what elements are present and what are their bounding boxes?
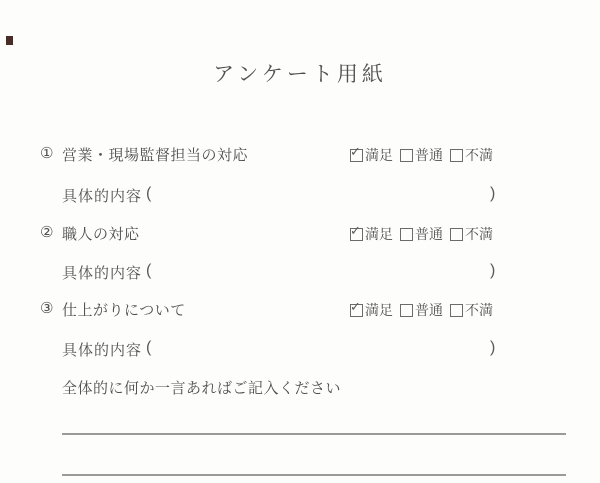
page-title: アンケート用紙 <box>0 58 600 88</box>
option-normal[interactable]: 普通 <box>400 300 443 320</box>
options-group: ✓ 満足 普通 不満 <box>350 300 493 320</box>
check-icon: ✓ <box>350 300 361 313</box>
scan-artifact-mark <box>6 36 13 45</box>
checkbox-normal[interactable] <box>400 304 413 317</box>
option-label: 不満 <box>465 224 493 244</box>
checkbox-dissatisfied[interactable] <box>450 228 463 241</box>
option-satisfied[interactable]: ✓ 満足 <box>350 224 393 244</box>
paren-close: ) <box>490 262 495 280</box>
paren-open: ( <box>146 339 151 357</box>
questionnaire-sheet: アンケート用紙 ① 営業・現場監督担当の対応 ✓ 満足 普通 不満 具体的内容 … <box>0 0 600 483</box>
detail-label: 具体的内容 <box>62 185 142 206</box>
checkbox-dissatisfied[interactable] <box>450 304 463 317</box>
check-icon: ✓ <box>350 224 361 237</box>
option-normal[interactable]: 普通 <box>400 224 443 244</box>
comment-writing-line-2[interactable] <box>62 474 566 476</box>
option-normal[interactable]: 普通 <box>400 145 443 165</box>
option-label: 不満 <box>465 145 493 165</box>
checkbox-satisfied[interactable]: ✓ <box>350 304 363 317</box>
options-group: ✓ 満足 普通 不満 <box>350 145 493 165</box>
detail-writein-area[interactable] <box>160 185 485 203</box>
comment-writing-line-1[interactable] <box>62 433 566 435</box>
question-label: 営業・現場監督担当の対応 <box>62 144 248 165</box>
question-row-1: ① 営業・現場監督担当の対応 ✓ 満足 普通 不満 <box>0 144 600 164</box>
paren-close: ) <box>490 185 495 203</box>
detail-writein-area[interactable] <box>160 339 485 357</box>
question-number: ② <box>40 223 53 241</box>
check-icon: ✓ <box>350 145 361 158</box>
option-label: 普通 <box>415 224 443 244</box>
paren-open: ( <box>146 185 151 203</box>
options-group: ✓ 満足 普通 不満 <box>350 224 493 244</box>
checkbox-satisfied[interactable]: ✓ <box>350 228 363 241</box>
option-label: 満足 <box>365 300 393 320</box>
paren-open: ( <box>146 262 151 280</box>
option-dissatisfied[interactable]: 不満 <box>450 300 493 320</box>
question-row-3: ③ 仕上がりについて ✓ 満足 普通 不満 <box>0 299 600 319</box>
option-dissatisfied[interactable]: 不満 <box>450 224 493 244</box>
option-label: 不満 <box>465 300 493 320</box>
question-label: 職人の対応 <box>62 223 140 244</box>
overall-comment-prompt: 全体的に何か一言あればご記入ください <box>62 377 341 398</box>
option-label: 満足 <box>365 145 393 165</box>
question-label: 仕上がりについて <box>62 299 186 320</box>
option-satisfied[interactable]: ✓ 満足 <box>350 300 393 320</box>
paren-close: ) <box>490 339 495 357</box>
question-number: ③ <box>40 299 53 317</box>
checkbox-dissatisfied[interactable] <box>450 149 463 162</box>
detail-label: 具体的内容 <box>62 262 142 283</box>
checkbox-normal[interactable] <box>400 228 413 241</box>
detail-writein-area[interactable] <box>160 262 485 280</box>
checkbox-normal[interactable] <box>400 149 413 162</box>
detail-row-2: 具体的内容 ( ) <box>0 262 600 282</box>
detail-row-3: 具体的内容 ( ) <box>0 339 600 359</box>
option-label: 満足 <box>365 224 393 244</box>
option-dissatisfied[interactable]: 不満 <box>450 145 493 165</box>
checkbox-satisfied[interactable]: ✓ <box>350 149 363 162</box>
option-satisfied[interactable]: ✓ 満足 <box>350 145 393 165</box>
option-label: 普通 <box>415 300 443 320</box>
question-row-2: ② 職人の対応 ✓ 満足 普通 不満 <box>0 223 600 243</box>
detail-row-1: 具体的内容 ( ) <box>0 185 600 205</box>
detail-label: 具体的内容 <box>62 339 142 360</box>
question-number: ① <box>40 144 53 162</box>
option-label: 普通 <box>415 145 443 165</box>
